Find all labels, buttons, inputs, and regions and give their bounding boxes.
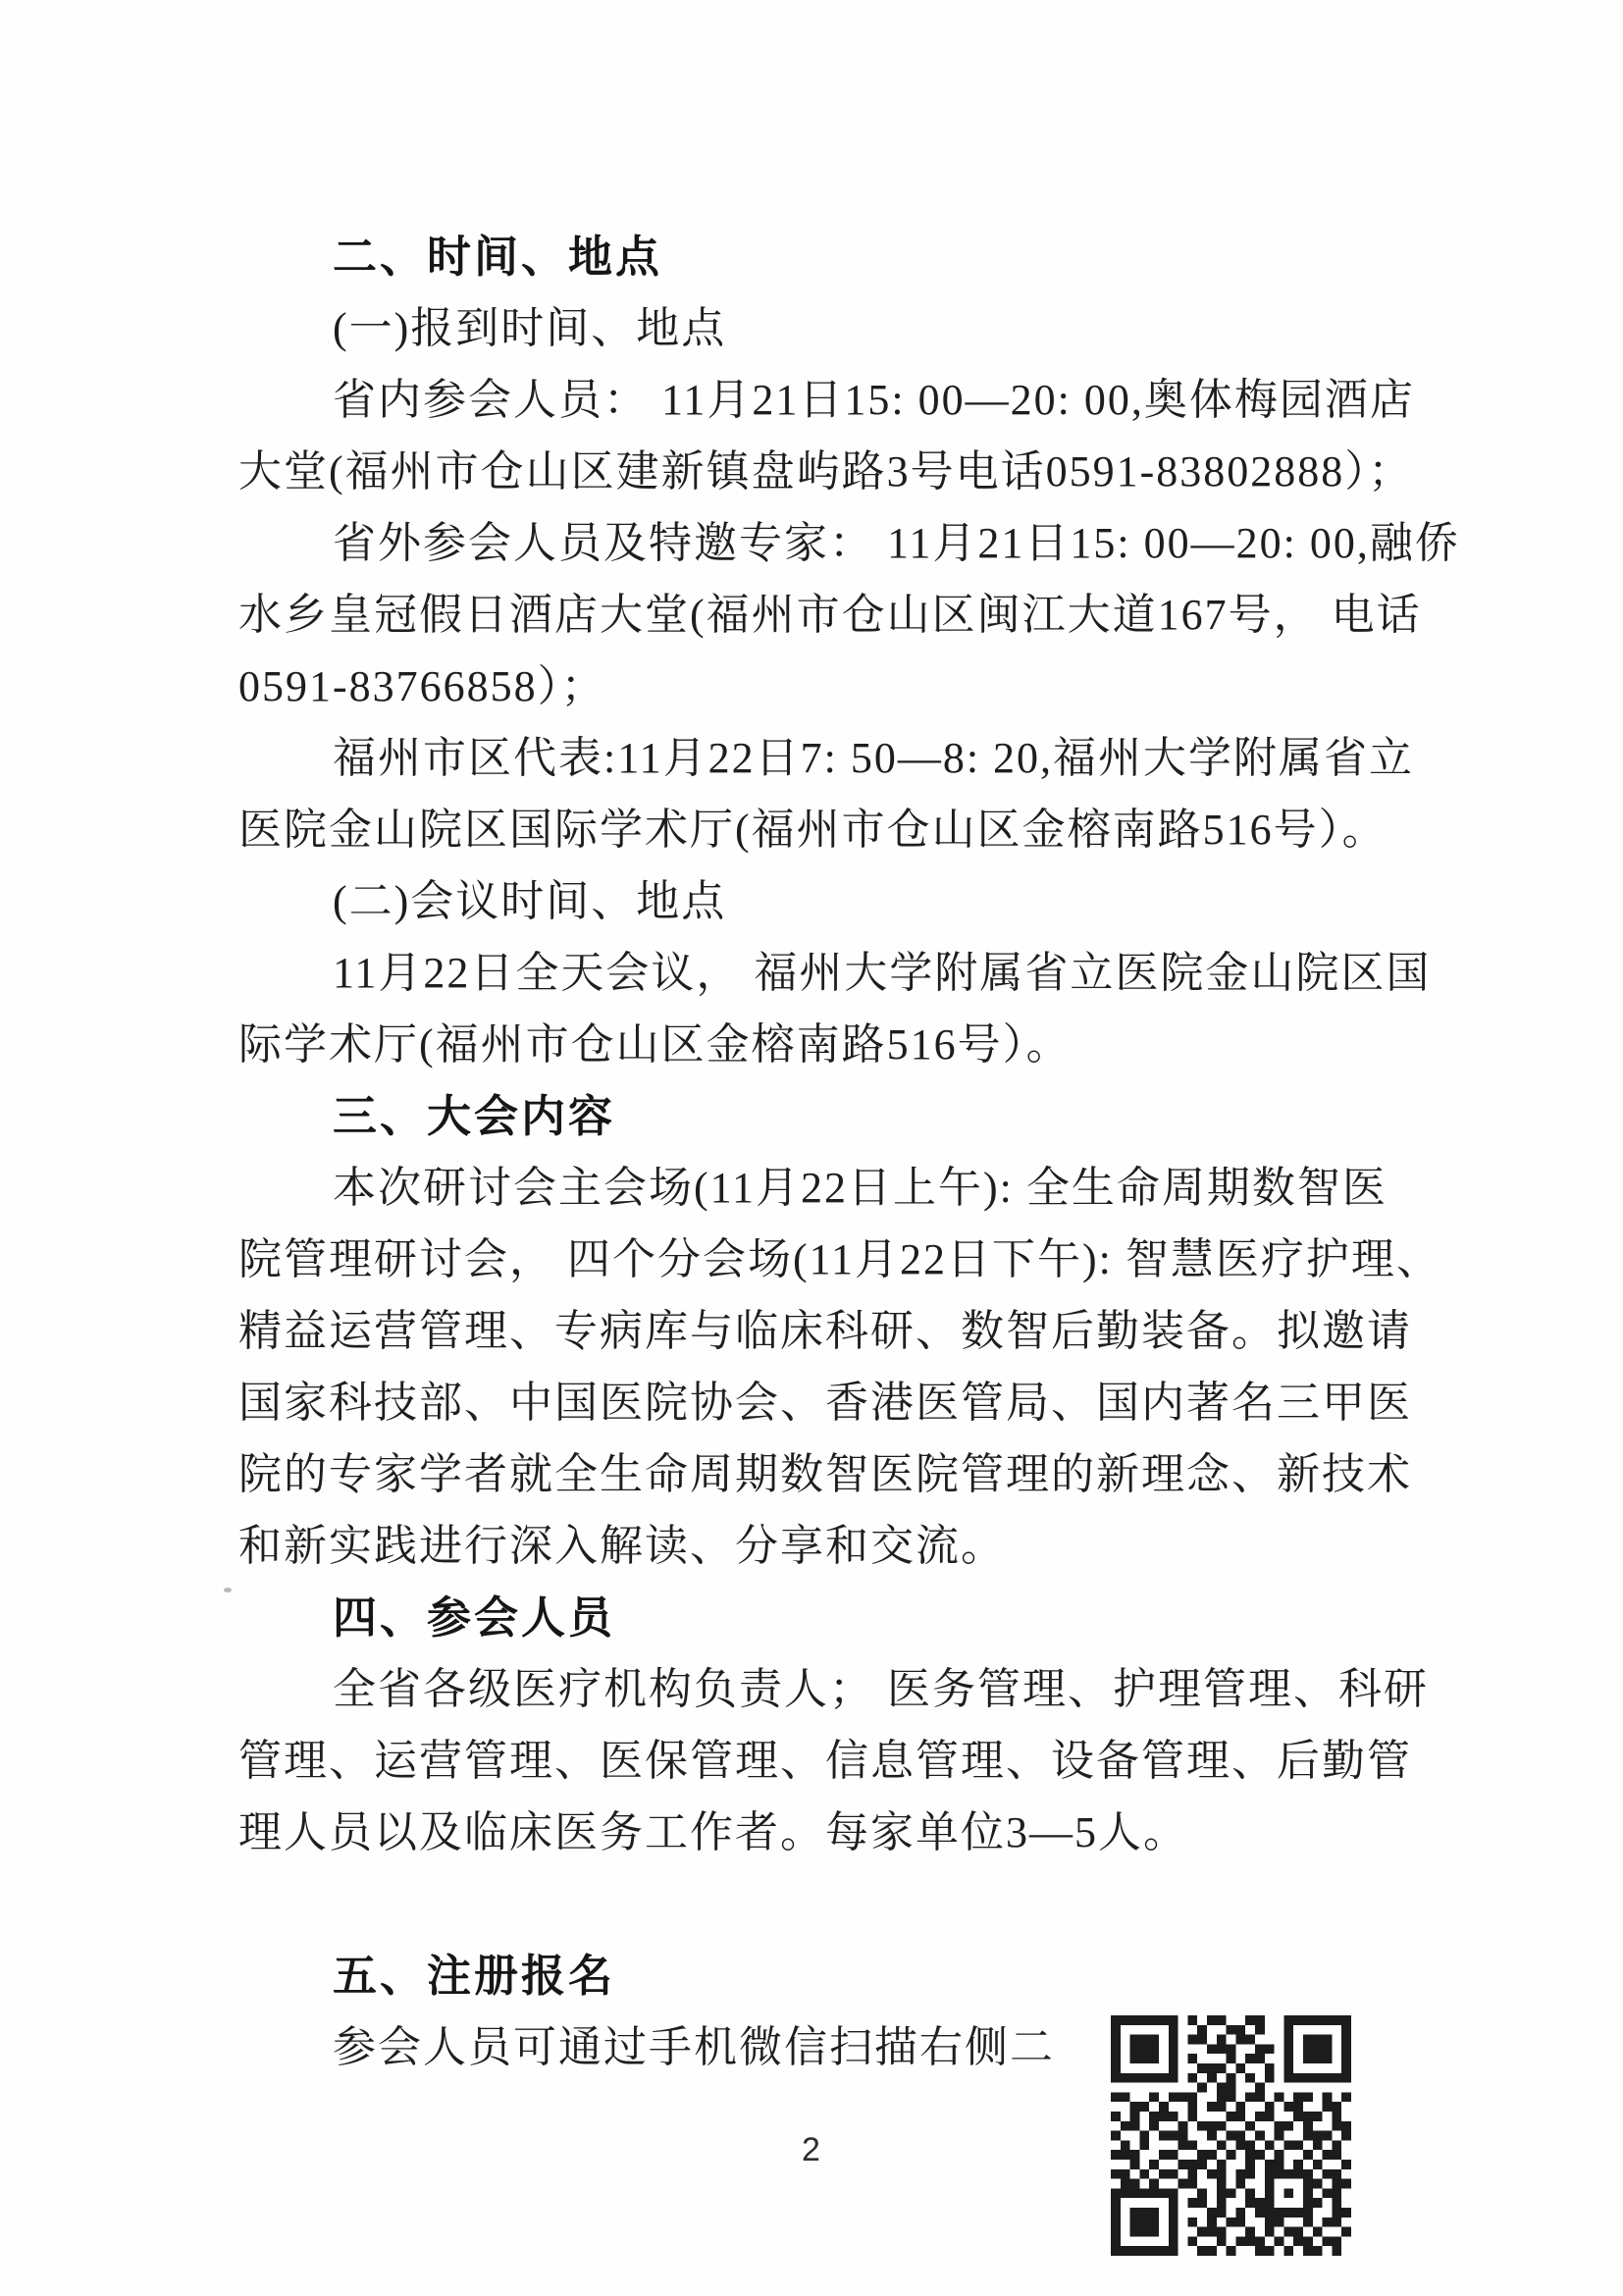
doc-line: 理人员以及临床医务工作者。每家单位3—5人。 (238, 1797, 1374, 1868)
page-number: 2 (0, 2131, 1623, 2169)
doc-line: 水乡皇冠假日酒店大堂(福州市仓山区闽江大道167号， 电话 (238, 579, 1374, 651)
doc-line: 11月22日全天会议， 福州大学附属省立医院金山院区国 (238, 937, 1374, 1009)
doc-line: 省内参会人员： 11月21日15: 00—20: 00,奥体梅园酒店 (238, 364, 1374, 436)
section-heading-4: 四、参会人员 (238, 1582, 1374, 1653)
doc-line: 际学术厅(福州市仓山区金榕南路516号）。 (238, 1009, 1374, 1080)
document-body: 二、时间、地点 (一)报到时间、地点 省内参会人员： 11月21日15: 00—… (238, 221, 1374, 2083)
doc-line: 大堂(福州市仓山区建新镇盘屿路3号电话0591-83802888）； (238, 436, 1374, 507)
doc-line: 医院金山院区国际学术厅(福州市仓山区金榕南路516号）。 (238, 794, 1374, 865)
document-page: 二、时间、地点 (一)报到时间、地点 省内参会人员： 11月21日15: 00—… (0, 0, 1623, 2296)
doc-line: 0591-83766858）； (238, 651, 1374, 722)
scan-artifact-speck (224, 1588, 232, 1592)
doc-line: 和新实践进行深入解读、分享和交流。 (238, 1510, 1374, 1582)
section-heading-5: 五、注册报名 (238, 1940, 1374, 2011)
doc-line: 管理、运营管理、医保管理、信息管理、设备管理、后勤管 (238, 1725, 1374, 1797)
doc-line: 国家科技部、中国医院协会、香港医管局、国内著名三甲医 (238, 1367, 1374, 1438)
doc-line: 省外参会人员及特邀专家： 11月21日15: 00—20: 00,融侨 (238, 507, 1374, 579)
subsection-heading: (二)会议时间、地点 (238, 865, 1374, 937)
subsection-heading: (一)报到时间、地点 (238, 292, 1374, 364)
blank-line (238, 1868, 1374, 1940)
doc-line: 院的专家学者就全生命周期数智医院管理的新理念、新技术 (238, 1438, 1374, 1510)
section-heading-3: 三、大会内容 (238, 1080, 1374, 1152)
section-heading-2: 二、时间、地点 (238, 221, 1374, 292)
doc-line: 本次研讨会主会场(11月22日上午): 全生命周期数智医 (238, 1152, 1374, 1224)
doc-line: 福州市区代表:11月22日7: 50—8: 20,福州大学附属省立 (238, 722, 1374, 794)
doc-line: 全省各级医疗机构负责人； 医务管理、护理管理、科研 (238, 1653, 1374, 1725)
doc-line: 精益运营管理、专病库与临床科研、数智后勤装备。拟邀请 (238, 1295, 1374, 1367)
doc-line: 院管理研讨会， 四个分会场(11月22日下午): 智慧医疗护理、 (238, 1224, 1374, 1295)
